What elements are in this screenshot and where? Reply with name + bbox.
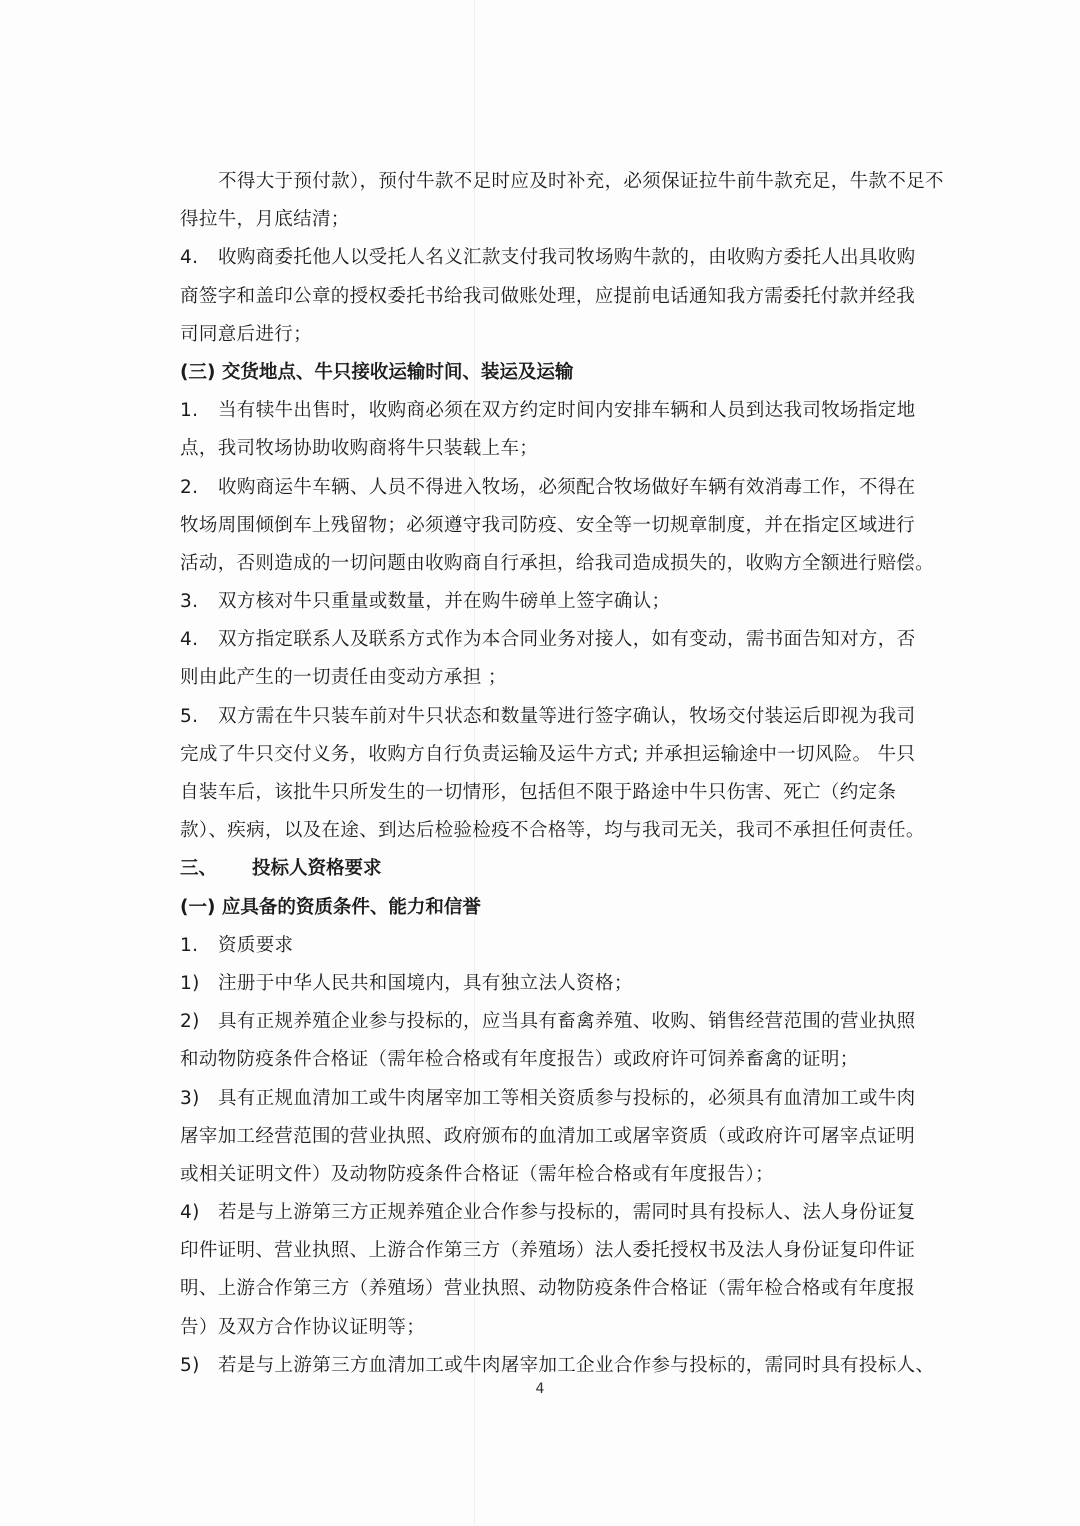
text-line: 商签字和盖印公章的授权委托书给我司做账处理，应提前电话通知我方需委托付款并经我 xyxy=(180,278,925,316)
text-line: 2)具有正规养殖企业参与投标的，应当具有畜禽养殖、收购、销售经营范围的营业执照 xyxy=(180,1003,925,1041)
line-text: 印件证明、营业执照、上游合作第三方（养殖场）法人委托授权书及法人身份证复印件证 xyxy=(180,1240,915,1261)
text-line: 印件证明、营业执照、上游合作第三方（养殖场）法人委托授权书及法人身份证复印件证 xyxy=(180,1232,925,1270)
heading-text: (三) 交货地点、牛只接收运输时间、装运及运输 xyxy=(180,362,573,383)
line-text: 双方核对牛只重量或数量，并在购牛磅单上签字确认； xyxy=(218,591,670,612)
line-text: 具有正规养殖企业参与投标的，应当具有畜禽养殖、收购、销售经营范围的营业执照 xyxy=(218,1011,915,1032)
line-text: 收购商委托他人以受托人名义汇款支付我司牧场购牛款的，由收购方委托人出具收购 xyxy=(218,247,915,268)
text-line: 自装车后，该批牛只所发生的一切情形，包括但不限于路途中牛只伤害、死亡（约定条 xyxy=(180,774,925,812)
item-number: 1. xyxy=(180,927,218,965)
text-line: 1.当有犊牛出售时，收购商必须在双方约定时间内安排车辆和人员到达我司牧场指定地 xyxy=(180,392,925,430)
text-line: 5)若是与上游第三方血清加工或牛肉屠宰加工企业合作参与投标的，需同时具有投标人、 xyxy=(180,1347,925,1385)
text-line: 3)具有正规血清加工或牛肉屠宰加工等相关资质参与投标的，必须具有血清加工或牛肉 xyxy=(180,1080,925,1118)
item-number: 3) xyxy=(180,1080,218,1118)
line-text: 若是与上游第三方正规养殖企业合作参与投标的，需同时具有投标人、法人身份证复 xyxy=(218,1202,915,1223)
text-line: 或相关证明文件）及动物防疫条件合格证（需年检合格或有年度报告）； xyxy=(180,1156,925,1194)
line-text: 或相关证明文件）及动物防疫条件合格证（需年检合格或有年度报告）； xyxy=(180,1164,774,1185)
text-line: 则由此产生的一切责任由变动方承担 ； xyxy=(180,659,925,697)
line-text: 商签字和盖印公章的授权委托书给我司做账处理，应提前电话通知我方需委托付款并经我 xyxy=(180,286,915,307)
text-line: 活动，否则造成的一切问题由收购商自行承担，给我司造成损失的，收购方全额进行赔偿。 xyxy=(180,545,925,583)
text-line: 款）、疾病，以及在途、到达后检验检疫不合格等，均与我司无关，我司不承担任何责任。 xyxy=(180,812,925,850)
item-number: 2. xyxy=(180,469,218,507)
item-number: 5. xyxy=(180,698,218,736)
text-line: 牧场周围倾倒车上残留物；必须遵守我司防疫、安全等一切规章制度，并在指定区域进行 xyxy=(180,507,925,545)
text-line: 1.资质要求 xyxy=(180,927,925,965)
text-line: 4.收购商委托他人以受托人名义汇款支付我司牧场购牛款的，由收购方委托人出具收购 xyxy=(180,239,925,277)
line-text: 不得大于预付款），预付牛款不足时应及时补充，必须保证拉牛前牛款充足，牛款不足不 xyxy=(218,171,944,192)
line-text: 则由此产生的一切责任由变动方承担 ； xyxy=(180,667,507,688)
line-text: 活动，否则造成的一切问题由收购商自行承担，给我司造成损失的，收购方全额进行赔偿。 xyxy=(180,553,934,574)
line-text: 资质要求 xyxy=(218,935,293,956)
line-text: 得拉牛，月底结清； xyxy=(180,209,350,230)
line-text: 和动物防疫条件合格证（需年检合格或有年度报告）或政府许可饲养畜禽的证明； xyxy=(180,1049,859,1070)
line-text: 点，我司牧场协助收购商将牛只装载上车； xyxy=(180,438,538,459)
line-text: 完成了牛只交付义务，收购方自行负责运输及运牛方式; 并承担运输途中一切风险。 牛… xyxy=(180,744,915,765)
item-number: 4. xyxy=(180,239,218,277)
text-line: 5.双方需在牛只装车前对牛只状态和数量等进行签字确认，牧场交付装运后即视为我司 xyxy=(180,698,925,736)
chapter-number: 三、 xyxy=(180,850,252,888)
text-line: 明、上游合作第三方（养殖场）营业执照、动物防疫条件合格证（需年检合格或有年度报 xyxy=(180,1270,925,1308)
item-number: 1. xyxy=(180,392,218,430)
line-text: 告）及双方合作协议证明等； xyxy=(180,1317,425,1338)
line-text: 款）、疾病，以及在途、到达后检验检疫不合格等，均与我司无关，我司不承担任何责任。 xyxy=(180,820,925,841)
line-text: 屠宰加工经营范围的营业执照、政府颁布的血清加工或屠宰资质（或政府许可屠宰点证明 xyxy=(180,1126,915,1147)
heading-text: (一) 应具备的资质条件、能力和信誉 xyxy=(180,897,481,918)
text-line: 不得大于预付款），预付牛款不足时应及时补充，必须保证拉牛前牛款充足，牛款不足不 xyxy=(180,163,925,201)
item-number: 4. xyxy=(180,621,218,659)
line-text: 若是与上游第三方血清加工或牛肉屠宰加工企业合作参与投标的，需同时具有投标人、 xyxy=(218,1355,934,1376)
line-text: 自装车后，该批牛只所发生的一切情形，包括但不限于路途中牛只伤害、死亡（约定条 xyxy=(180,782,896,803)
document-page: 不得大于预付款），预付牛款不足时应及时补充，必须保证拉牛前牛款充足，牛款不足不 … xyxy=(180,163,925,1385)
item-number: 3. xyxy=(180,583,218,621)
text-line: 和动物防疫条件合格证（需年检合格或有年度报告）或政府许可饲养畜禽的证明； xyxy=(180,1041,925,1079)
text-line: 4)若是与上游第三方正规养殖企业合作参与投标的，需同时具有投标人、法人身份证复 xyxy=(180,1194,925,1232)
item-number: 1) xyxy=(180,965,218,1003)
line-text: 双方指定联系人及联系方式作为本合同业务对接人，如有变动，需书面告知对方，否 xyxy=(218,629,915,650)
text-line: 3.双方核对牛只重量或数量，并在购牛磅单上签字确认； xyxy=(180,583,925,621)
text-line: 1)注册于中华人民共和国境内，具有独立法人资格； xyxy=(180,965,925,1003)
line-text: 明、上游合作第三方（养殖场）营业执照、动物防疫条件合格证（需年检合格或有年度报 xyxy=(180,1278,915,1299)
text-line: 司同意后进行； xyxy=(180,316,925,354)
line-text: 注册于中华人民共和国境内，具有独立法人资格； xyxy=(218,973,633,994)
chapter-heading: 三、投标人资格要求 xyxy=(180,850,925,888)
page-number: 4 xyxy=(536,1381,545,1397)
text-line: 告）及双方合作协议证明等； xyxy=(180,1309,925,1347)
text-line: 点，我司牧场协助收购商将牛只装载上车； xyxy=(180,430,925,468)
text-line: 完成了牛只交付义务，收购方自行负责运输及运牛方式; 并承担运输途中一切风险。 牛… xyxy=(180,736,925,774)
text-line: 屠宰加工经营范围的营业执照、政府颁布的血清加工或屠宰资质（或政府许可屠宰点证明 xyxy=(180,1118,925,1156)
line-text: 司同意后进行； xyxy=(180,324,312,345)
item-number: 4) xyxy=(180,1194,218,1232)
text-line: 2.收购商运牛车辆、人员不得进入牧场，必须配合牧场做好车辆有效消毒工作，不得在 xyxy=(180,469,925,507)
item-number: 5) xyxy=(180,1347,218,1385)
line-text: 当有犊牛出售时，收购商必须在双方约定时间内安排车辆和人员到达我司牧场指定地 xyxy=(218,400,915,421)
line-text: 牧场周围倾倒车上残留物；必须遵守我司防疫、安全等一切规章制度，并在指定区域进行 xyxy=(180,515,915,536)
heading-text: 投标人资格要求 xyxy=(252,858,382,879)
line-text: 双方需在牛只装车前对牛只状态和数量等进行签字确认，牧场交付装运后即视为我司 xyxy=(218,706,915,727)
line-text: 收购商运牛车辆、人员不得进入牧场，必须配合牧场做好车辆有效消毒工作，不得在 xyxy=(218,477,915,498)
section-heading: (一) 应具备的资质条件、能力和信誉 xyxy=(180,889,925,927)
line-text: 具有正规血清加工或牛肉屠宰加工等相关资质参与投标的，必须具有血清加工或牛肉 xyxy=(218,1088,915,1109)
text-line: 得拉牛，月底结清； xyxy=(180,201,925,239)
text-line: 4.双方指定联系人及联系方式作为本合同业务对接人，如有变动，需书面告知对方，否 xyxy=(180,621,925,659)
item-number: 2) xyxy=(180,1003,218,1041)
section-heading: (三) 交货地点、牛只接收运输时间、装运及运输 xyxy=(180,354,925,392)
